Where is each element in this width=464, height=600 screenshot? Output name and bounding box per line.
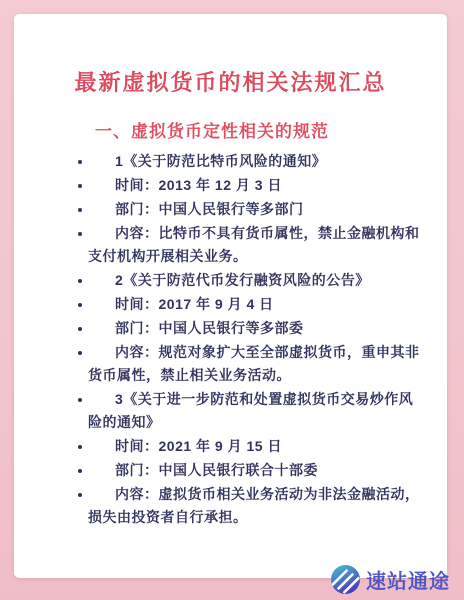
- list-item: 内容：规范对象扩大至全部虚拟货币，重申其非 货币属性，禁止相关业务活动。: [88, 341, 429, 387]
- list-item-text: 内容：比特币不具有货币属性，禁止金融机构和 支付机构开展相关业务。: [88, 222, 429, 268]
- bullet-icon: [78, 184, 82, 188]
- list-item: 1《关于防范比特币风险的通知》: [88, 150, 429, 173]
- list-item-text: 部门：中国人民银行联合十部委: [88, 459, 429, 482]
- bullet-icon: [78, 351, 82, 355]
- list-item: 时间：2021 年 9 月 15 日: [88, 435, 429, 458]
- list-item-text: 时间：2017 年 9 月 4 日: [88, 293, 429, 316]
- bullet-icon: [78, 469, 82, 473]
- bullet-icon: [78, 279, 82, 283]
- list-item: 时间：2013 年 12 月 3 日: [88, 174, 429, 197]
- list-item: 部门：中国人民银行等多部委: [88, 317, 429, 340]
- bullet-icon: [78, 493, 82, 497]
- bullet-icon: [78, 160, 82, 164]
- bullet-icon: [78, 445, 82, 449]
- list-item-text: 部门：中国人民银行等多部委: [88, 317, 429, 340]
- list-item: 部门：中国人民银行联合十部委: [88, 459, 429, 482]
- poster-card: 最新虚拟货币的相关法规汇总 一、虚拟货币定性相关的规范 1《关于防范比特币风险的…: [14, 14, 447, 578]
- list-item-text: 1《关于防范比特币风险的通知》: [88, 150, 429, 173]
- regulation-list: 1《关于防范比特币风险的通知》 时间：2013 年 12 月 3 日 部门：中国…: [88, 150, 429, 529]
- bullet-icon: [78, 232, 82, 236]
- list-item-text: 时间：2013 年 12 月 3 日: [88, 174, 429, 197]
- list-item: 2《关于防范代币发行融资风险的公告》: [88, 269, 429, 292]
- list-item-text: 2《关于防范代币发行融资风险的公告》: [88, 269, 429, 292]
- page-title: 最新虚拟货币的相关法规汇总: [34, 68, 427, 98]
- diagonal-stripes-circle-icon: [330, 564, 361, 595]
- section-heading: 一、虚拟货币定性相关的规范: [95, 120, 431, 144]
- list-item-text: 部门：中国人民银行等多部门: [88, 198, 429, 221]
- list-item: 部门：中国人民银行等多部门: [88, 198, 429, 221]
- list-item: 内容：虚拟货币相关业务活动为非法金融活动， 损失由投资者自行承担。: [88, 483, 429, 529]
- list-item-text: 时间：2021 年 9 月 15 日: [88, 435, 429, 458]
- watermark-logo: 速站通途: [330, 564, 450, 595]
- list-item-text: 内容：规范对象扩大至全部虚拟货币，重申其非 货币属性，禁止相关业务活动。: [88, 341, 429, 387]
- list-item: 时间：2017 年 9 月 4 日: [88, 293, 429, 316]
- bullet-icon: [78, 208, 82, 212]
- list-item: 3《关于进一步防范和处置虚拟货币交易炒作风 险的通知》: [88, 388, 429, 434]
- watermark-text: 速站通途: [366, 565, 450, 594]
- bullet-icon: [78, 327, 82, 331]
- list-item-text: 3《关于进一步防范和处置虚拟货币交易炒作风 险的通知》: [88, 388, 429, 434]
- list-item-text: 内容：虚拟货币相关业务活动为非法金融活动， 损失由投资者自行承担。: [88, 483, 429, 529]
- bullet-icon: [78, 303, 82, 307]
- bullet-icon: [78, 398, 82, 402]
- list-item: 内容：比特币不具有货币属性，禁止金融机构和 支付机构开展相关业务。: [88, 222, 429, 268]
